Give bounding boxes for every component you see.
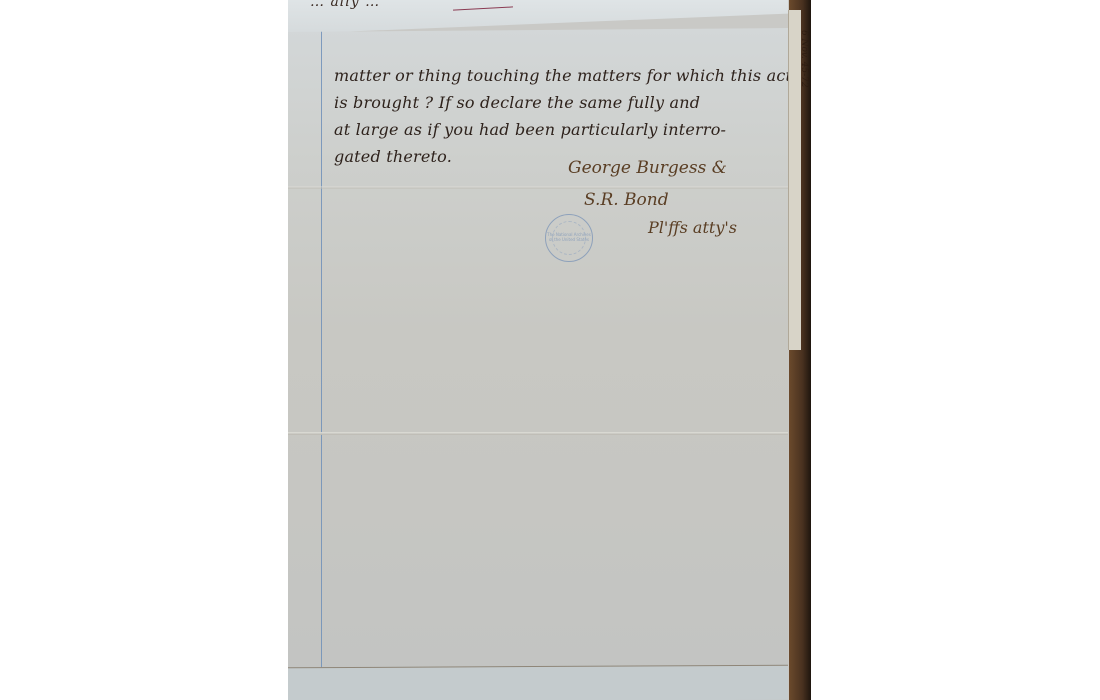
signature-sr-bond: S.R. Bond bbox=[584, 190, 669, 210]
body-line-3: at large as if you had been particularly… bbox=[334, 116, 794, 143]
fold-crease-upper bbox=[288, 186, 788, 189]
document-body-text: matter or thing touching the matters for… bbox=[334, 62, 794, 170]
previous-page-underline bbox=[453, 6, 513, 10]
document-photo: 6 Nov. 45-72 … ally … matter or thing to… bbox=[288, 0, 811, 700]
previous-page-text: … ally … bbox=[310, 0, 380, 10]
signature-plaintiffs-attorneys: Pl'ffs atty's bbox=[648, 218, 737, 237]
image-viewer: 6 Nov. 45-72 … ally … matter or thing to… bbox=[0, 0, 1100, 700]
body-line-2: is brought ? If so declare the same full… bbox=[334, 89, 794, 116]
body-line-1: matter or thing touching the matters for… bbox=[334, 62, 794, 89]
margin-rule bbox=[321, 28, 322, 700]
underlying-sheet-edge bbox=[788, 10, 801, 350]
fold-crease-middle bbox=[288, 432, 788, 435]
bottom-sheet-strip bbox=[288, 665, 788, 700]
document-sheet: matter or thing touching the matters for… bbox=[288, 28, 788, 700]
archives-stamp-icon: The National Archives of the United Stat… bbox=[545, 214, 593, 262]
signature-george-burgess: George Burgess & bbox=[568, 158, 727, 178]
stamp-label: The National Archives of the United Stat… bbox=[546, 232, 592, 242]
